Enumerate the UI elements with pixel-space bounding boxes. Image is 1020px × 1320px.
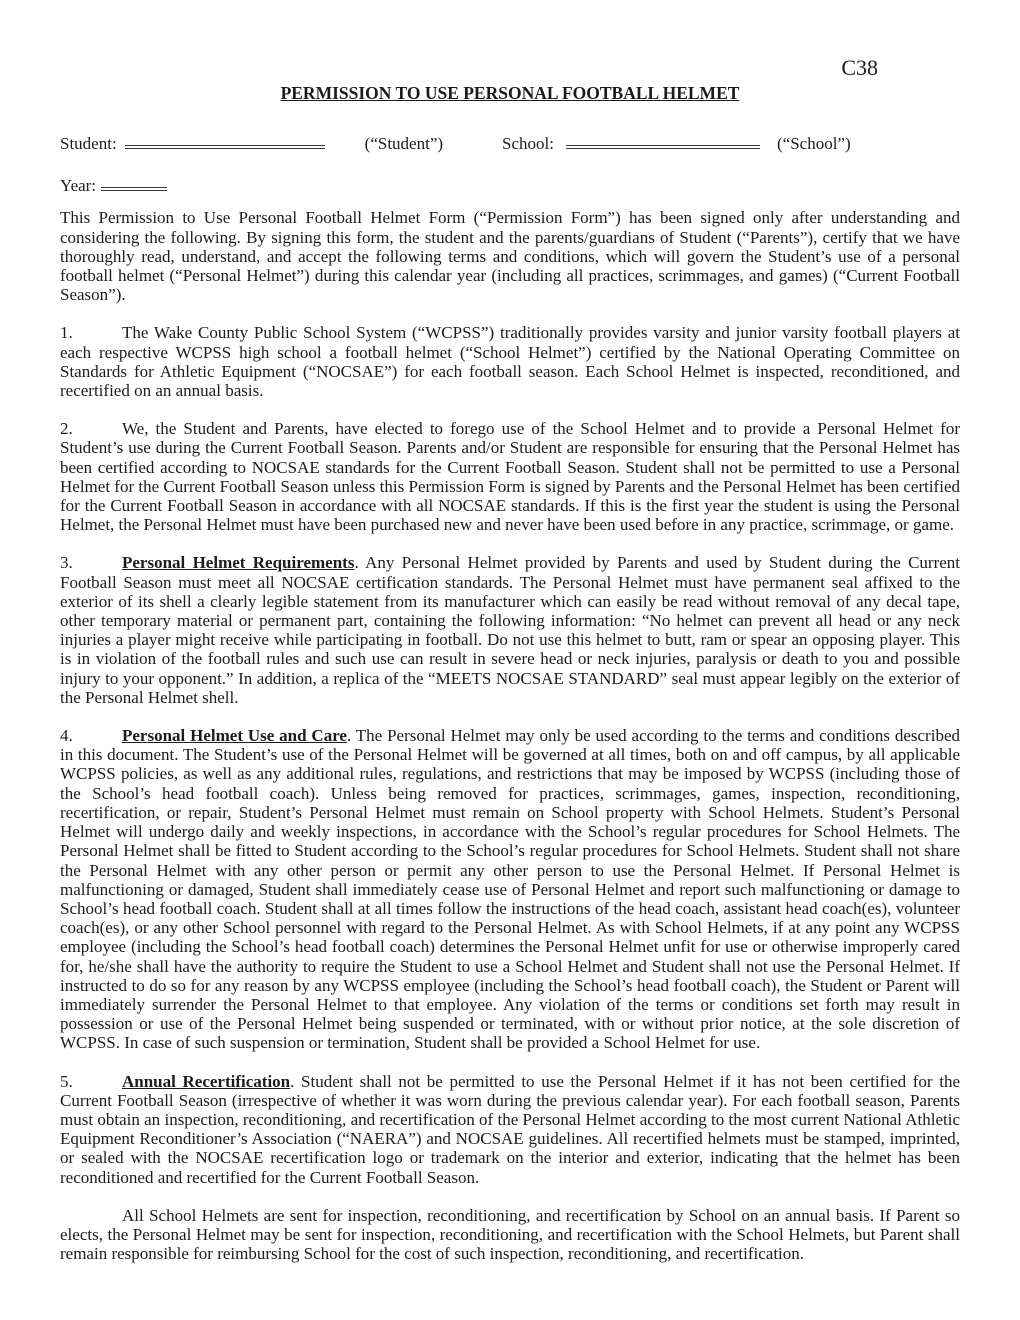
intro-paragraph: This Permission to Use Personal Football…	[60, 208, 960, 304]
document-page: C38 PERMISSION TO USE PERSONAL FOOTBALL …	[0, 0, 1020, 1320]
section-2-body: We, the Student and Parents, have electe…	[60, 419, 960, 534]
page-corner-label: C38	[60, 56, 960, 80]
section-4-number: 4.	[60, 726, 122, 745]
section-4-heading: Personal Helmet Use and Care	[122, 726, 347, 745]
document-title: PERMISSION TO USE PERSONAL FOOTBALL HELM…	[60, 83, 960, 104]
section-1-number: 1.	[60, 323, 122, 342]
student-field-label: Student:	[60, 134, 117, 153]
section-paragraph-2: 2.We, the Student and Parents, have elec…	[60, 419, 960, 534]
section-3-body: . Any Personal Helmet provided by Parent…	[60, 553, 960, 706]
school-defined-term: (“School”)	[777, 134, 851, 153]
section-1-body: The Wake County Public School System (“W…	[60, 323, 960, 400]
closing-paragraph: All School Helmets are sent for inspecti…	[60, 1206, 960, 1264]
student-school-field-row: Student:(“Student”)School:(“School”)	[60, 132, 960, 153]
year-blank-line	[101, 174, 167, 191]
section-3-heading: Personal Helmet Requirements	[122, 553, 354, 572]
section-3-number: 3.	[60, 553, 122, 572]
section-paragraph-1: 1.The Wake County Public School System (…	[60, 323, 960, 400]
year-field-row: Year:	[60, 174, 960, 195]
section-5-number: 5.	[60, 1072, 122, 1091]
year-field-label: Year:	[60, 176, 96, 195]
student-defined-term: (“Student”)	[365, 134, 443, 153]
section-paragraph-3: 3.Personal Helmet Requirements. Any Pers…	[60, 553, 960, 707]
school-field-label: School:	[502, 134, 554, 153]
student-blank-line	[125, 132, 325, 149]
section-paragraph-5: 5.Annual Recertification. Student shall …	[60, 1072, 960, 1187]
section-paragraph-4: 4.Personal Helmet Use and Care. The Pers…	[60, 726, 960, 1052]
section-5-heading: Annual Recertification	[122, 1072, 290, 1091]
section-2-number: 2.	[60, 419, 122, 438]
school-blank-line	[566, 132, 760, 149]
section-4-body: . The Personal Helmet may only be used a…	[60, 726, 960, 1052]
